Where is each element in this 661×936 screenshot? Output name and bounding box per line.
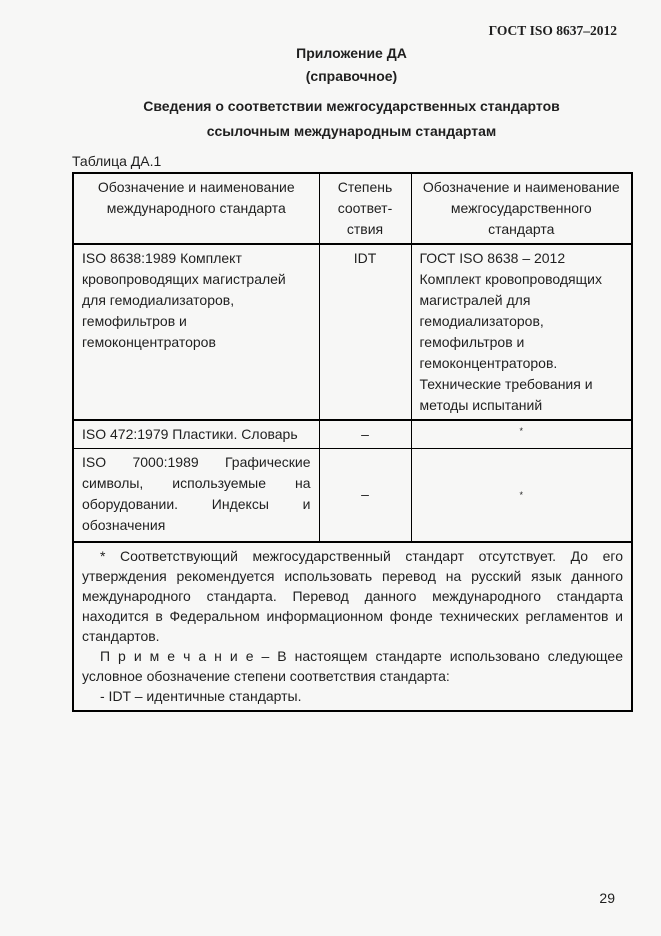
appendix-title: Приложение ДА: [72, 45, 631, 62]
correspondence-table: Обозначение и наименование международног…: [72, 172, 633, 712]
col-header-interstate-standard: Обозначение и наименование межгосударств…: [411, 173, 632, 244]
table-footnote-cell: * Соответствующий межгосударственный ста…: [73, 542, 632, 711]
section-heading-line1: Сведения о соответствии межгосударственн…: [72, 98, 631, 115]
doc-reference: ГОСТ ISO 8637–2012: [0, 0, 661, 39]
cell-international-standard: ISO 8638:1989 Комплект кровопроводящих м…: [73, 244, 319, 420]
footnote-note-text: П р и м е ч а н и е – В настоящем станда…: [82, 646, 623, 686]
table-row: ISO 8638:1989 Комплект кровопроводящих м…: [73, 244, 632, 420]
document-page: ГОСТ ISO 8637–2012 Приложение ДА (справо…: [0, 0, 661, 936]
footnote-asterisk-text: * Соответствующий межгосударственный ста…: [82, 546, 623, 646]
col-header-degree-of-conformity: Степень соответ-ствия: [319, 173, 411, 244]
content-area: Приложение ДА (справочное) Сведения о со…: [72, 45, 631, 712]
table-row: ISO 7000:1989 Графические символы, испол…: [73, 449, 632, 542]
table-footnote-row: * Соответствующий межгосударственный ста…: [73, 542, 632, 711]
footnote-note-item: - IDT – идентичные стандарты.: [82, 686, 623, 706]
section-heading-line2: ссылочным международным стандартам: [72, 123, 631, 140]
cell-degree: –: [319, 449, 411, 542]
cell-interstate-standard-asterisk: *: [411, 449, 632, 542]
cell-international-standard: ISO 7000:1989 Графические символы, испол…: [73, 449, 319, 542]
table-row: ISO 472:1979 Пластики. Словарь – *: [73, 420, 632, 449]
cell-degree: –: [319, 420, 411, 449]
cell-interstate-standard-asterisk: *: [411, 420, 632, 449]
appendix-subtitle: (справочное): [72, 68, 631, 85]
page-number: 29: [599, 890, 615, 906]
cell-degree: IDT: [319, 244, 411, 420]
table-caption: Таблица ДА.1: [72, 153, 631, 170]
cell-interstate-standard: ГОСТ ISO 8638 – 2012 Комплект кровопрово…: [411, 244, 632, 420]
cell-international-standard: ISO 472:1979 Пластики. Словарь: [73, 420, 319, 449]
table-header-row: Обозначение и наименование международног…: [73, 173, 632, 244]
col-header-international-standard: Обозначение и наименование международног…: [73, 173, 319, 244]
